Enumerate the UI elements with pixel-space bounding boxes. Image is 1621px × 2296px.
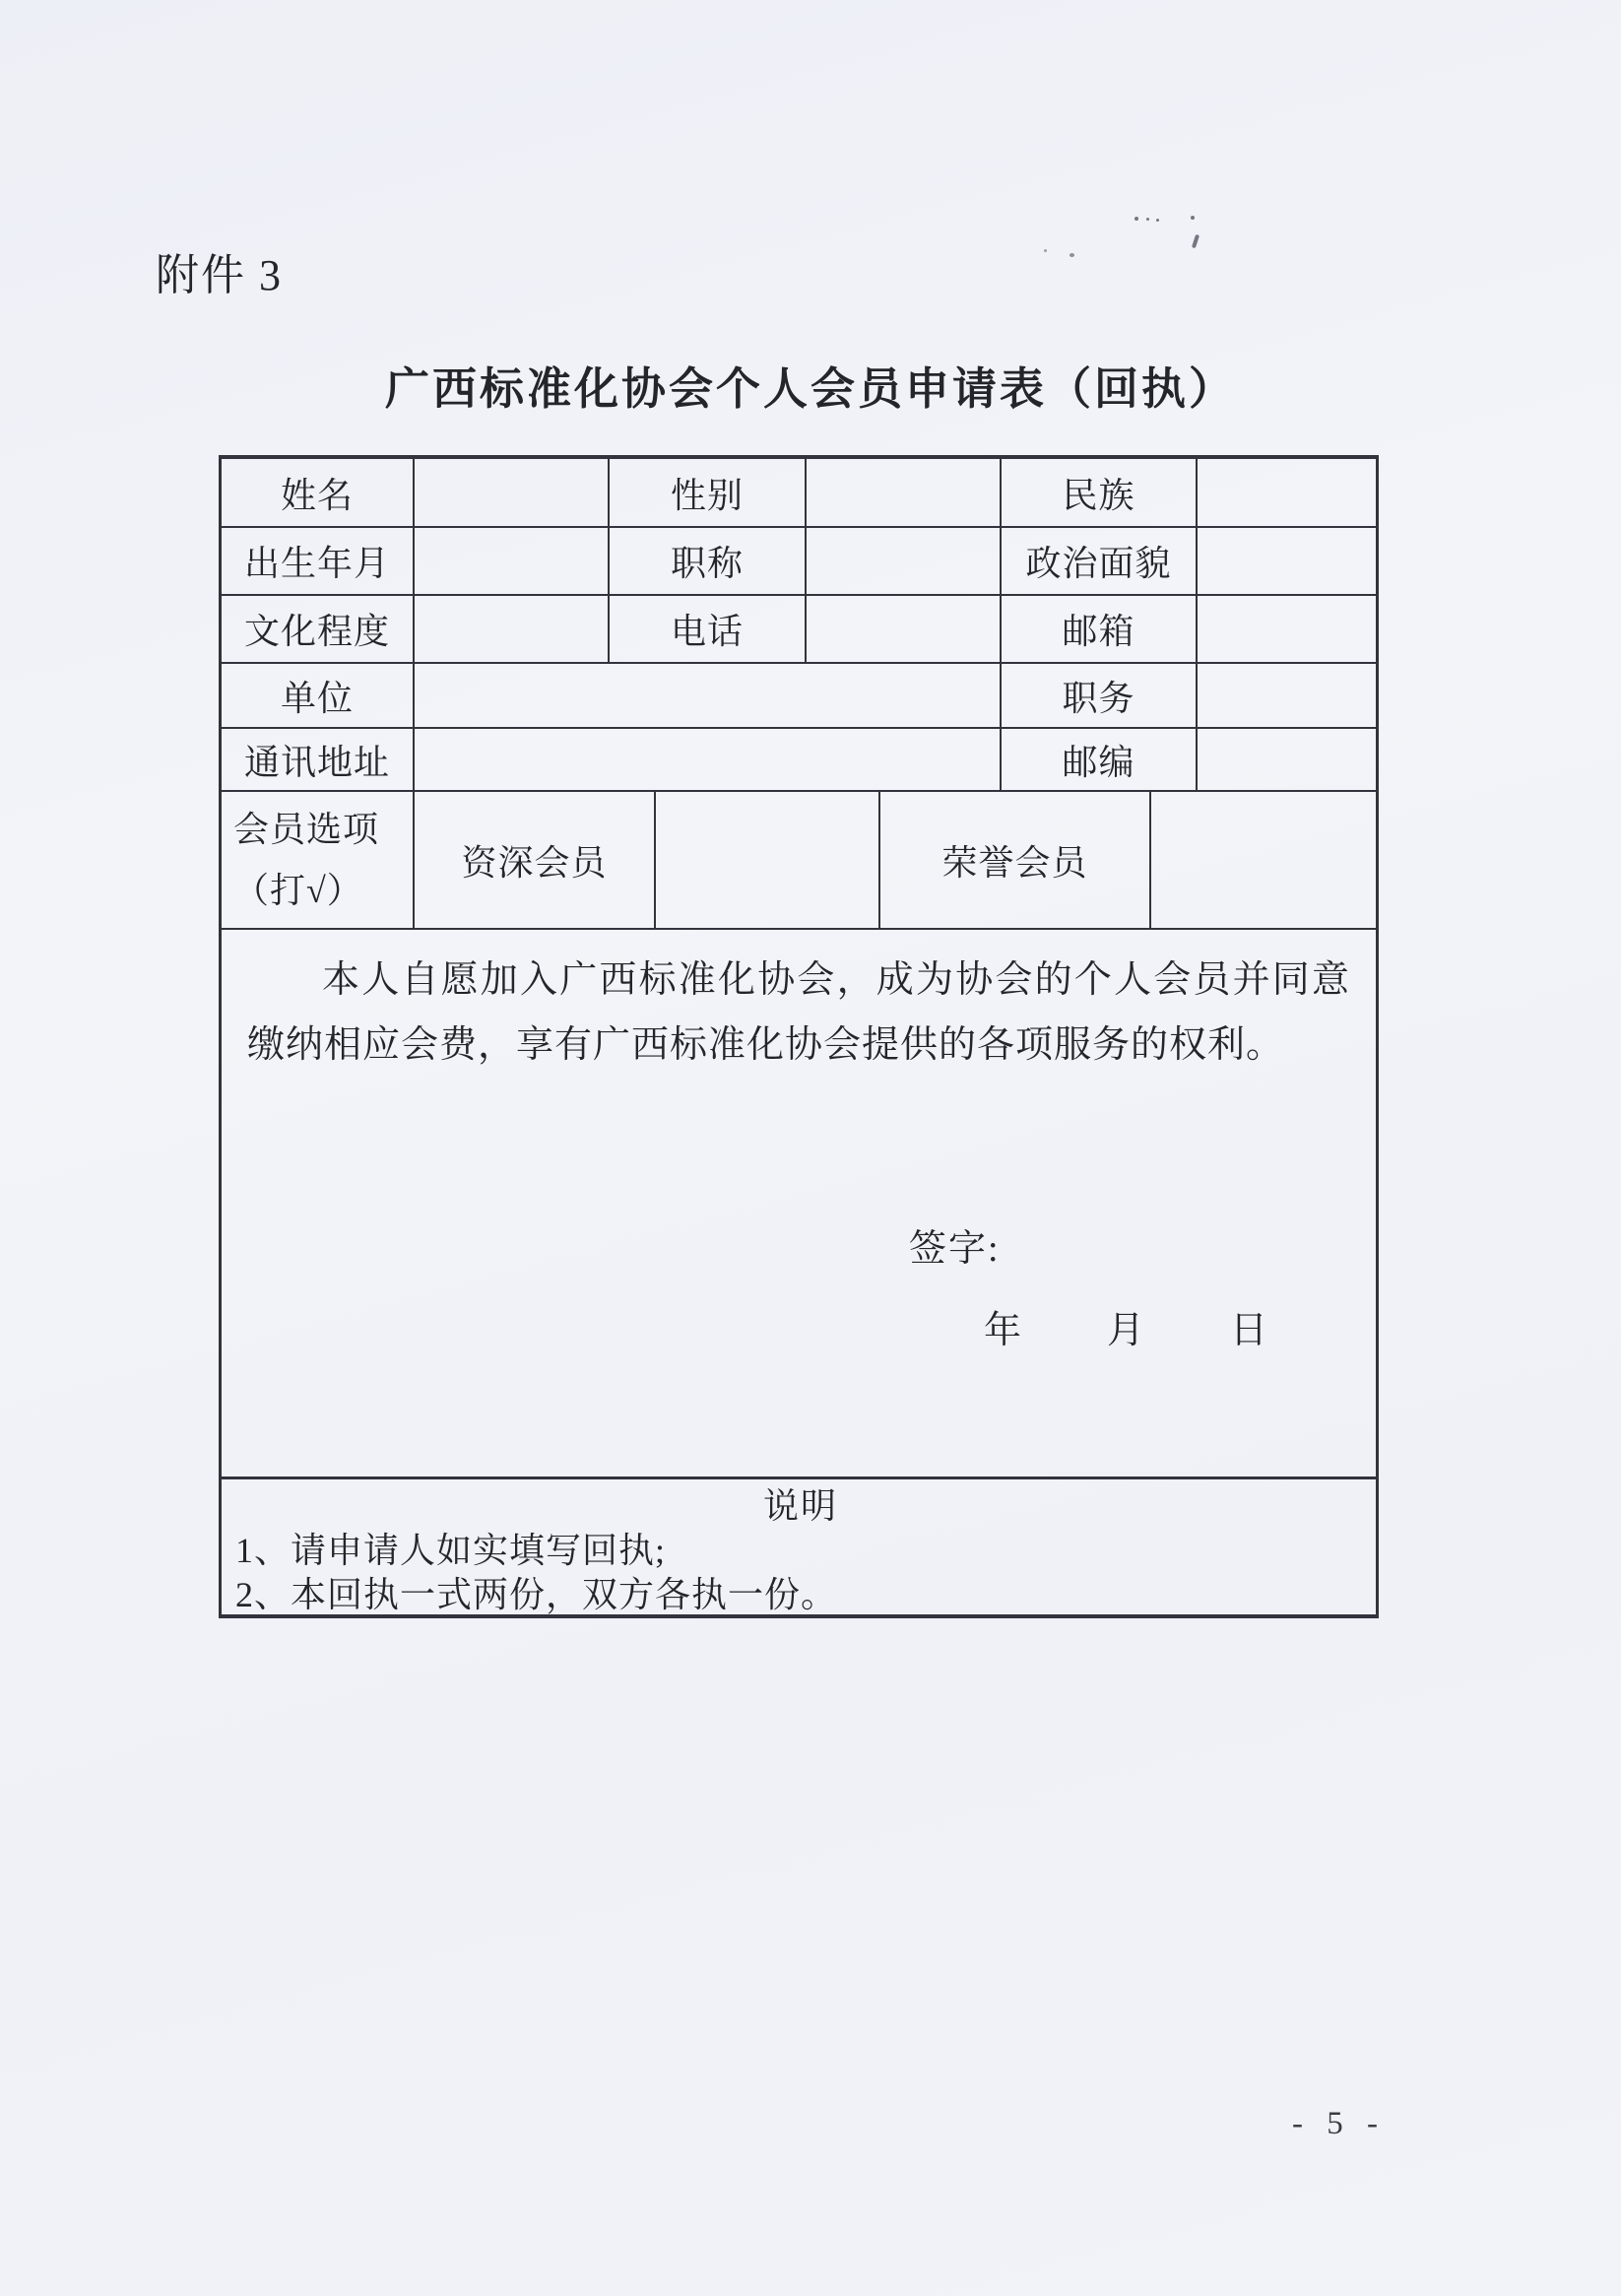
field-label-member-option: 会员选项 （打√） <box>222 792 415 928</box>
field-value-position <box>1198 664 1376 727</box>
field-label-ethnicity: 民族 <box>1002 459 1198 526</box>
option-checkbox-honorary-member <box>1151 792 1376 928</box>
date-month-label: 月 <box>1107 1299 1145 1353</box>
field-label-email: 邮箱 <box>1002 596 1198 662</box>
option-label-honorary-member: 荣誉会员 <box>880 792 1151 928</box>
field-label-postal-code: 邮编 <box>1002 729 1198 790</box>
field-label-name: 姓名 <box>222 459 415 526</box>
field-value-birth-date <box>415 528 610 594</box>
member-option-line1: 会员选项 <box>233 812 379 847</box>
option-label-senior-member: 资深会员 <box>415 792 656 928</box>
page-number: - 5 - <box>1292 2106 1386 2142</box>
notes-cell: 说明 1、请申请人如实填写回执; 2、本回执一式两份，双方各执一份。 <box>222 1479 1376 1614</box>
field-value-name <box>415 459 610 526</box>
form-row-declaration: 本人自愿加入广西标准化协会，成为协会的个人会员并同意缴纳相应会费，享有广西标准化… <box>222 930 1376 1479</box>
field-label-political-status: 政治面貌 <box>1002 528 1198 594</box>
field-value-postal-code <box>1198 729 1376 790</box>
form-row-education: 文化程度 电话 邮箱 <box>222 596 1376 664</box>
scan-speck <box>1135 217 1138 221</box>
declaration-cell: 本人自愿加入广西标准化协会，成为协会的个人会员并同意缴纳相应会费，享有广西标准化… <box>222 930 1376 1476</box>
field-value-ethnicity <box>1198 459 1376 526</box>
field-label-job-title: 职称 <box>610 528 807 594</box>
signature-date-line: 年 月 日 <box>247 1299 1350 1353</box>
date-day-label: 日 <box>1230 1299 1268 1353</box>
form-row-notes: 说明 1、请申请人如实填写回执; 2、本回执一式两份，双方各执一份。 <box>222 1479 1376 1614</box>
field-value-phone <box>807 596 1002 662</box>
form-row-work-unit: 单位 职务 <box>222 664 1376 729</box>
option-checkbox-senior-member <box>656 792 880 928</box>
field-label-education: 文化程度 <box>222 596 415 662</box>
field-label-position: 职务 <box>1002 664 1198 727</box>
field-value-mailing-address <box>415 729 1002 790</box>
scan-speck <box>1156 219 1159 222</box>
document-title: 广西标准化协会个人会员申请表（回执） <box>0 353 1621 417</box>
scan-speck <box>1191 216 1195 220</box>
field-value-gender <box>807 459 1002 526</box>
signature-label: 签字: <box>247 1217 1350 1272</box>
form-row-member-option: 会员选项 （打√） 资深会员 荣誉会员 <box>222 792 1376 930</box>
field-value-political-status <box>1198 528 1376 594</box>
scan-speck <box>1044 249 1047 252</box>
field-value-email <box>1198 596 1376 662</box>
field-label-phone: 电话 <box>610 596 807 662</box>
field-value-education <box>415 596 610 662</box>
member-option-line2: （打√） <box>233 873 363 908</box>
scanned-document-page: 附件 3 广西标准化协会个人会员申请表（回执） 姓名 性别 民族 出生年月 职称… <box>0 0 1621 2296</box>
field-label-gender: 性别 <box>610 459 807 526</box>
form-row-birth: 出生年月 职称 政治面貌 <box>222 528 1376 596</box>
field-label-mailing-address: 通讯地址 <box>222 729 415 790</box>
form-row-address: 通讯地址 邮编 <box>222 729 1376 792</box>
field-label-work-unit: 单位 <box>222 664 415 727</box>
field-value-work-unit <box>415 664 1002 727</box>
scan-speck <box>1070 253 1074 257</box>
field-label-birth-date: 出生年月 <box>222 528 415 594</box>
scan-speck <box>1146 218 1149 221</box>
form-row-name: 姓名 性别 民族 <box>222 459 1376 528</box>
note-item-1: 1、请申请人如实填写回执; <box>235 1529 1366 1573</box>
date-year-label: 年 <box>984 1299 1022 1353</box>
application-form-table: 姓名 性别 民族 出生年月 职称 政治面貌 文化程度 电话 邮箱 单位 <box>219 455 1379 1618</box>
field-value-job-title <box>807 528 1002 594</box>
notes-heading: 说明 <box>235 1483 1366 1529</box>
declaration-text: 本人自愿加入广西标准化协会，成为协会的个人会员并同意缴纳相应会费，享有广西标准化… <box>247 948 1350 1078</box>
attachment-label: 附件 3 <box>156 239 283 302</box>
note-item-2: 2、本回执一式两份，双方各执一份。 <box>235 1573 1366 1617</box>
scan-speck <box>1192 234 1200 249</box>
